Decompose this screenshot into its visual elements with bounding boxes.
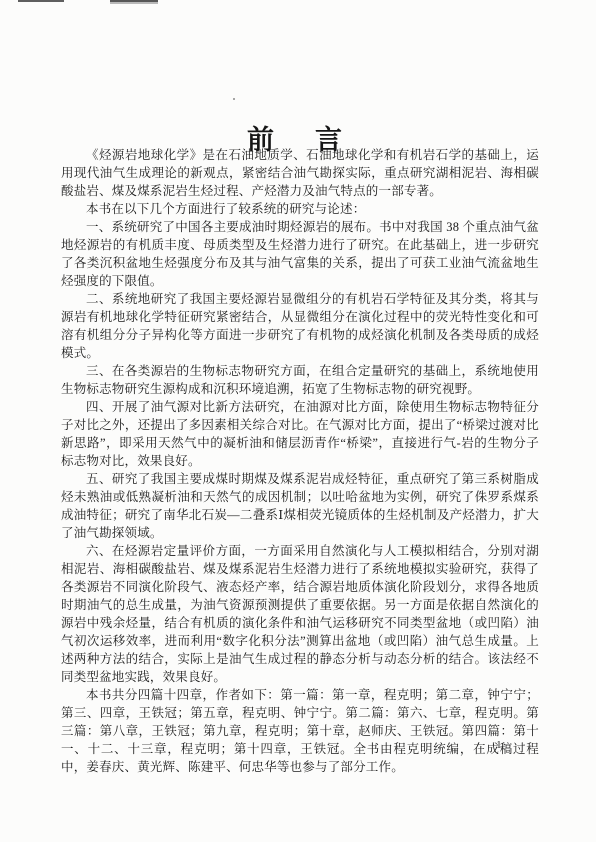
preface-paragraph-item-5: 五、研究了我国主要成煤时期煤及煤系泥岩成烃特征，重点研究了第三系树脂成烃未熟油或… <box>61 470 539 542</box>
preface-paragraph-item-3: 三、在各类源岩的生物标志物研究方面，在组合定量研究的基础上，系统地使用生物标志物… <box>61 362 539 398</box>
preface-paragraph-intro: 《烃源岩地球化学》是在石油地质学、石油地球化学和有机岩石学的基础上，运用现代油气… <box>61 146 539 200</box>
preface-paragraph-item-2: 二、系统地研究了我国主要烃源岩显微组分的有机岩石学特征及其分类，将其与源岩有机地… <box>61 290 539 362</box>
preface-paragraph-lead: 本书在以下几个方面进行了较系统的研究与论述： <box>61 200 539 218</box>
preface-paragraph-item-6: 六、在烃源岩定量评价方面，一方面采用自然演化与人工模拟相结合，分别对湖相泥岩、海… <box>61 542 539 686</box>
scan-artifact-bar-2 <box>110 0 158 4</box>
page-number: ·1· <box>492 740 507 751</box>
preface-paragraph-item-1: 一、系统研究了中国各主要成油时期烃源岩的展布。书中对我国 38 个重点油气盆地烃… <box>61 218 539 290</box>
scanned-preface-page: 前 言 《烃源岩地球化学》是在石油地质学、石油地球化学和有机岩石学的基础上，运用… <box>0 0 596 842</box>
preface-paragraph-authors: 本书共分四篇十四章，作者如下：第一篇：第一章，程克明；第二章，钟宁宁；第三、四章… <box>61 686 539 776</box>
scan-artifact-bar-1 <box>18 0 64 2</box>
preface-paragraph-item-4: 四、开展了油气源对比新方法研究，在油源对比方面，除使用生物标志物特征分子对比之外… <box>61 398 539 470</box>
preface-body: 《烃源岩地球化学》是在石油地质学、石油地球化学和有机岩石学的基础上，运用现代油气… <box>61 146 539 776</box>
scan-noise-dot <box>233 98 235 100</box>
